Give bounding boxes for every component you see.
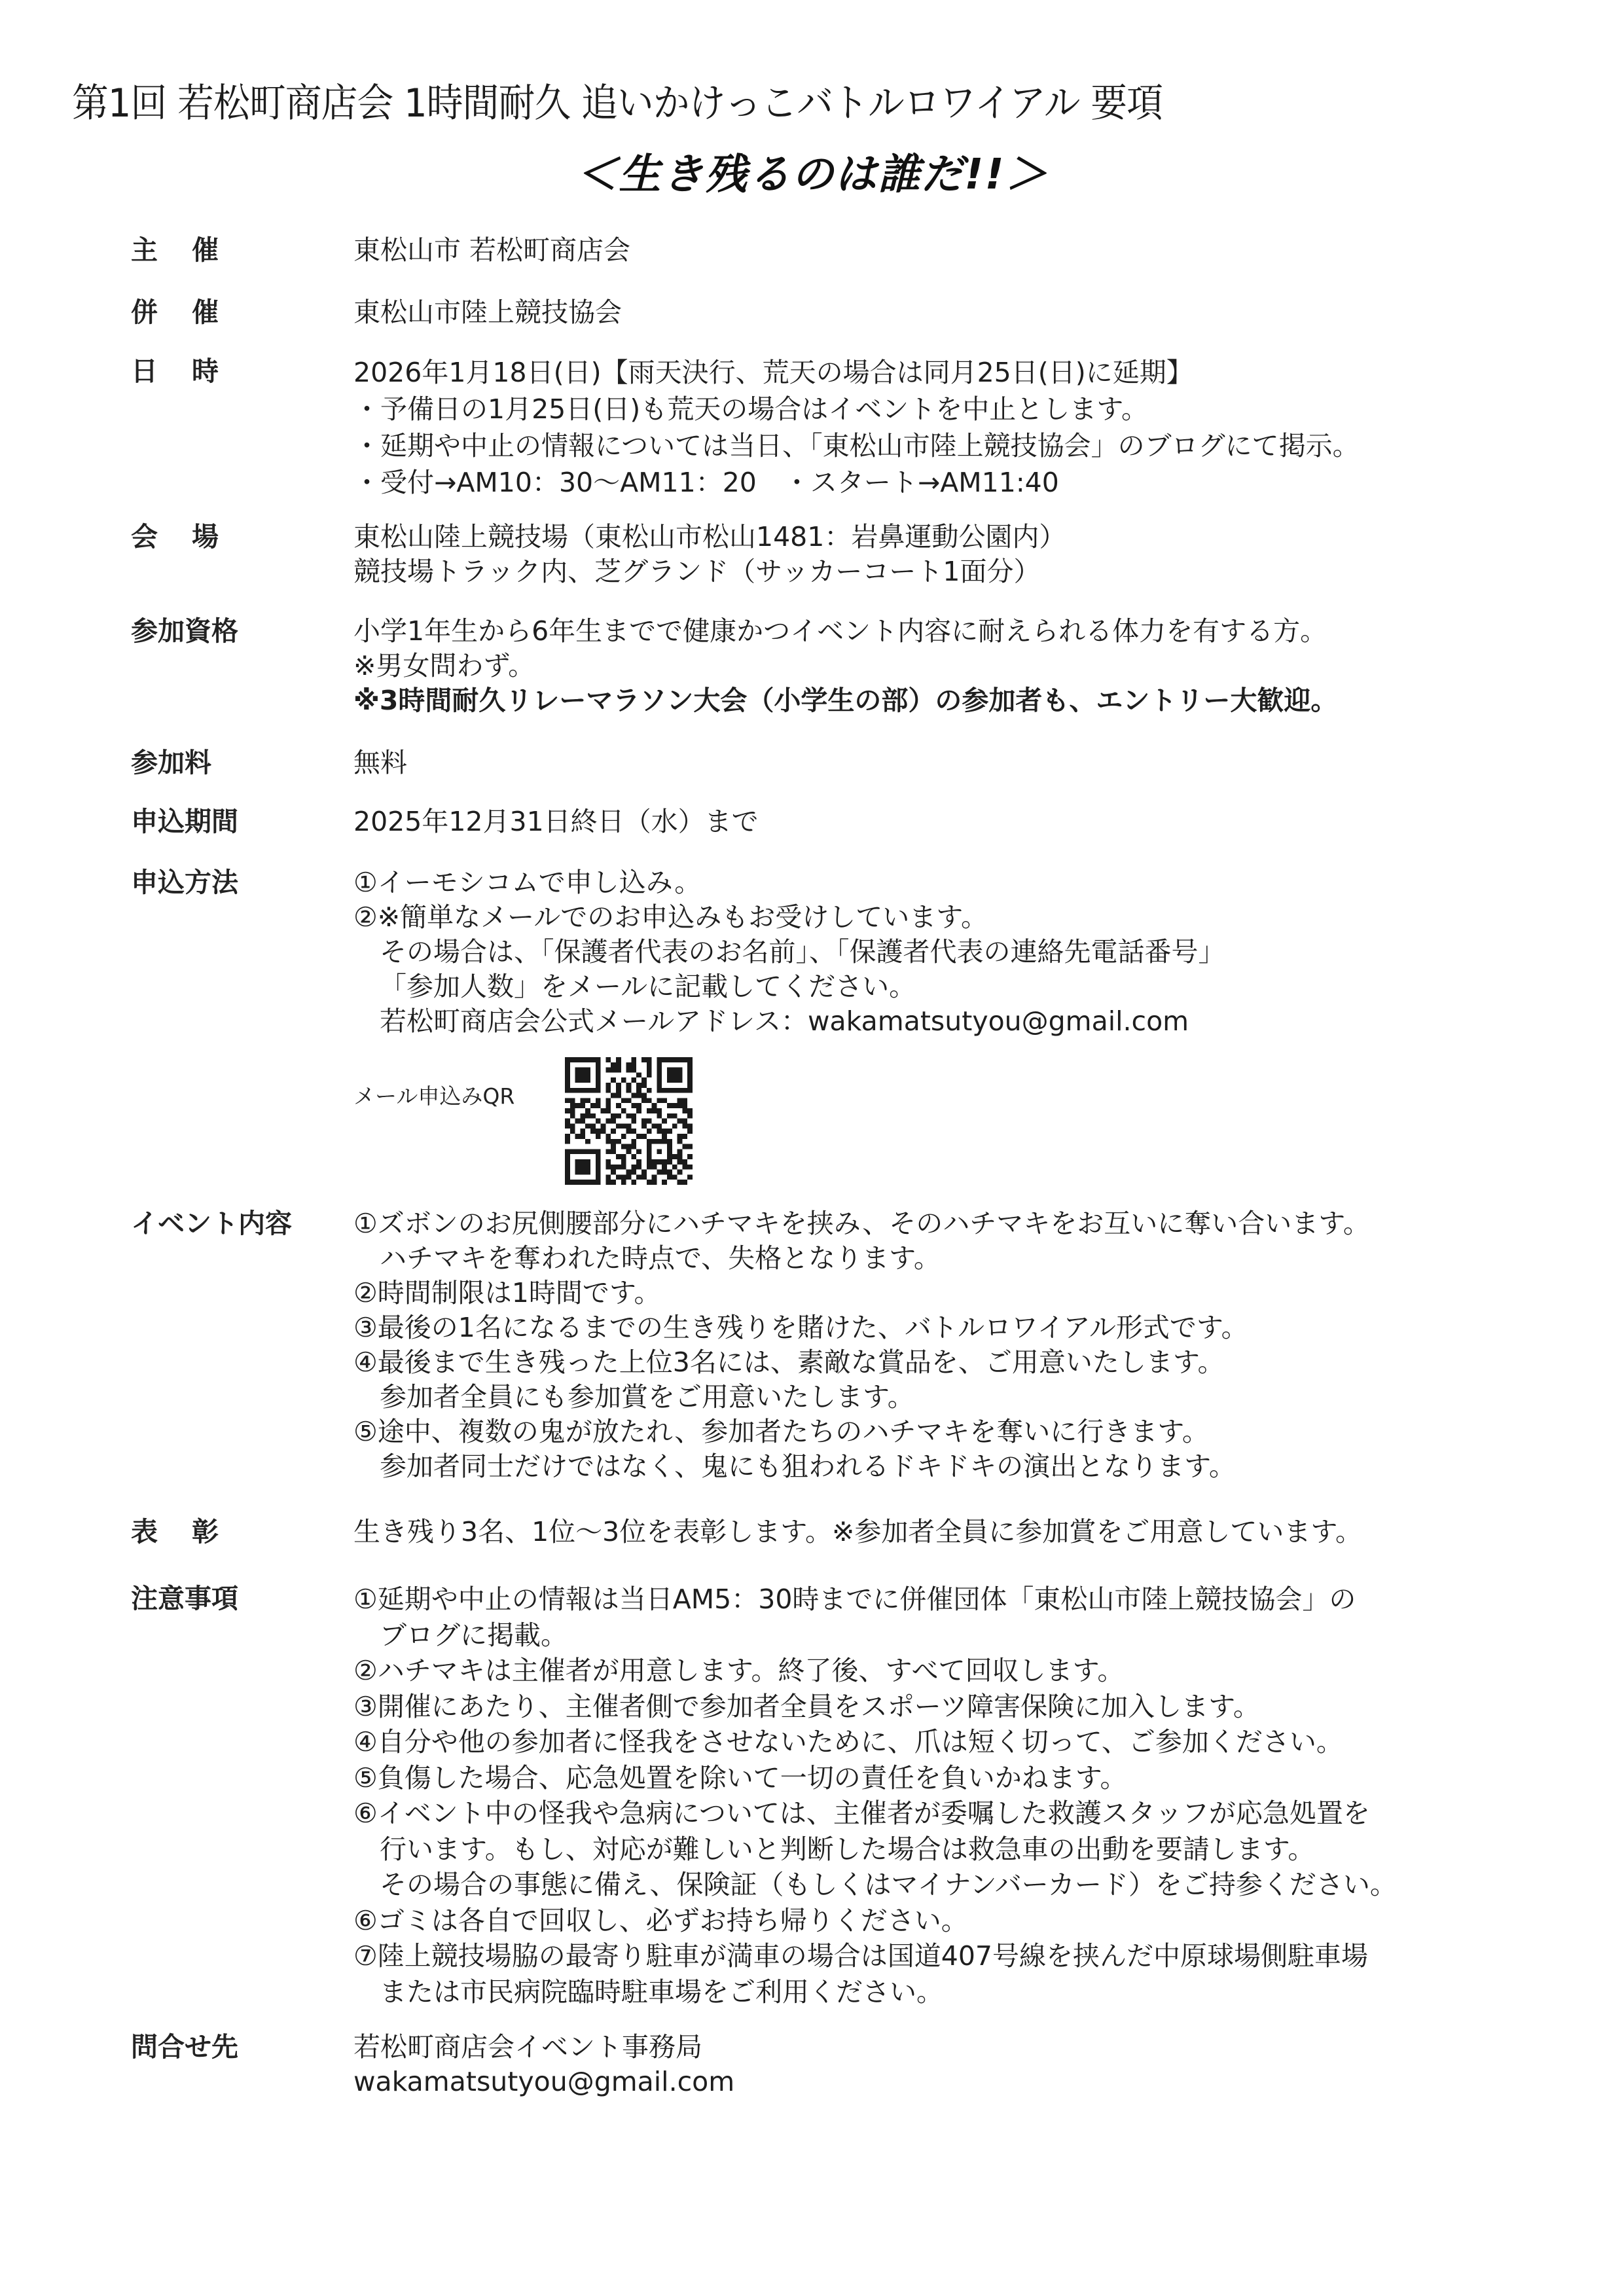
- venue-line: 競技場トラック内、芝グランド（サッカーコート1面分）: [353, 554, 1584, 589]
- qr-label: メール申込みQR: [353, 1083, 514, 1110]
- datetime-line: ・予備日の1月25日(日)も荒天の場合はイベントを中止とします。: [353, 391, 1584, 427]
- organizer-value: 東松山市 若松町商店会: [353, 233, 1584, 268]
- label-award: 表彰: [131, 1515, 327, 1549]
- document-subtitle: ＜生き残るのは誰だ!!＞: [0, 145, 1624, 204]
- qr-block: メール申込みQR: [353, 1057, 812, 1185]
- notes-line: ④自分や他の参加者に怪我をさせないために、爪は短く切って、ご参加ください。: [353, 1724, 1584, 1760]
- notes-line: ⑤負傷した場合、応急処置を除いて一切の責任を負いかねます。: [353, 1760, 1584, 1796]
- notes-line: または市民病院臨時駐車場をご利用ください。: [353, 1974, 1584, 2010]
- notes-line: ⑥イベント中の怪我や急病については、主催者が委嘱した救護スタッフが応急処置を: [353, 1796, 1584, 1832]
- event-line: ④最後まで生き残った上位3名には、素敵な賞品を、ご用意いたします。: [353, 1345, 1584, 1380]
- label-fee: 参加料: [131, 746, 327, 780]
- document-title: 第1回 若松町商店会 1時間耐久 追いかけっこバトルロワイアル 要項: [72, 77, 1411, 130]
- datetime-line: 2026年1月18日(日)【雨天決行、荒天の場合は同月25日(日)に延期】: [353, 354, 1584, 391]
- notes-line: ②ハチマキは主催者が用意します。終了後、すべて回収します。: [353, 1653, 1584, 1689]
- event-line: ①ズボンのお尻側腰部分にハチマキを挟み、そのハチマキをお互いに奪い合います。: [353, 1206, 1584, 1241]
- label-method: 申込方法: [131, 865, 327, 900]
- contact-email[interactable]: wakamatsutyou@gmail.com: [353, 2065, 1584, 2099]
- venue-line: 東松山陸上競技場（東松山市松山1481：岩鼻運動公園内）: [353, 520, 1584, 554]
- eligibility-line: 小学1年生から6年生までで健康かつイベント内容に耐えられる体力を有する方。: [353, 614, 1584, 649]
- event-line: ハチマキを奪われた時点で、失格となります。: [353, 1241, 1584, 1276]
- event-line: 参加者全員にも参加賞をご用意いたします。: [353, 1380, 1584, 1415]
- label-venue: 会場: [131, 520, 327, 554]
- label-organizer: 主催: [131, 233, 327, 268]
- notes-line: 行います。もし、対応が難しいと判断した場合は救急車の出動を要請します。: [353, 1832, 1584, 1868]
- label-eligibility: 参加資格: [131, 614, 327, 649]
- method-line: 「参加人数」をメールに記載してください。: [353, 969, 1584, 1004]
- event-line: 参加者同士だけではなく、鬼にも狙われるドキドキの演出となります。: [353, 1449, 1584, 1484]
- event-line: ③最後の1名になるまでの生き残りを賭けた、バトルロワイアル形式です。: [353, 1310, 1584, 1345]
- label-event: イベント内容: [131, 1206, 327, 1241]
- period-value: 2025年12月31日終日（水）まで: [353, 804, 1584, 839]
- label-contact: 問合せ先: [131, 2030, 327, 2065]
- notes-line: ⑦陸上競技場脇の最寄り駐車が満車の場合は国道407号線を挟んだ中原球場側駐車場: [353, 1938, 1584, 1974]
- label-period: 申込期間: [131, 804, 327, 839]
- eligibility-highlight: ※3時間耐久リレーマラソン大会（小学生の部）の参加者も、エントリー大歓迎。: [353, 683, 1584, 718]
- label-co-organizer: 併催: [131, 295, 327, 330]
- eligibility-line: ※男女問わず。: [353, 649, 1584, 683]
- qr-code-icon[interactable]: [562, 1057, 696, 1185]
- notes-line: ⑥ゴミは各自で回収し、必ずお持ち帰りください。: [353, 1903, 1584, 1939]
- notes-line: ①延期や中止の情報は当日AM5：30時までに併催団体「東松山市陸上競技協会」の: [353, 1581, 1584, 1617]
- datetime-line: ・受付→AM10：30～AM11：20 ・スタート→AM11:40: [353, 464, 1584, 501]
- method-email-line: 若松町商店会公式メールアドレス：wakamatsutyou@gmail.com: [353, 1004, 1584, 1039]
- notes-line: ③開催にあたり、主催者側で参加者全員をスポーツ障害保険に加入します。: [353, 1689, 1584, 1725]
- event-line: ⑤途中、複数の鬼が放たれ、参加者たちのハチマキを奪いに行きます。: [353, 1415, 1584, 1449]
- datetime-line: ・延期や中止の情報については当日、「東松山市陸上競技協会」のブログにて掲示。: [353, 427, 1584, 464]
- fee-value: 無料: [353, 746, 1584, 780]
- contact-office: 若松町商店会イベント事務局: [353, 2030, 1584, 2065]
- label-datetime: 日時: [131, 354, 327, 389]
- award-value: 生き残り3名、1位～3位を表彰します。※参加者全員に参加賞をご用意しています。: [353, 1515, 1584, 1549]
- method-line: その場合は、「保護者代表のお名前」、「保護者代表の連絡先電話番号」: [353, 935, 1584, 969]
- notes-line: ブログに掲載。: [353, 1617, 1584, 1653]
- method-line: ①イーモシコムで申し込み。: [353, 865, 1584, 900]
- method-line: ②※簡単なメールでのお申込みもお受けしています。: [353, 900, 1584, 935]
- label-notes: 注意事項: [131, 1581, 327, 1616]
- event-line: ②時間制限は1時間です。: [353, 1276, 1584, 1310]
- co-organizer-value: 東松山市陸上競技協会: [353, 295, 1584, 330]
- notes-line: その場合の事態に備え、保険証（もしくはマイナンバーカード）をご持参ください。: [353, 1867, 1584, 1903]
